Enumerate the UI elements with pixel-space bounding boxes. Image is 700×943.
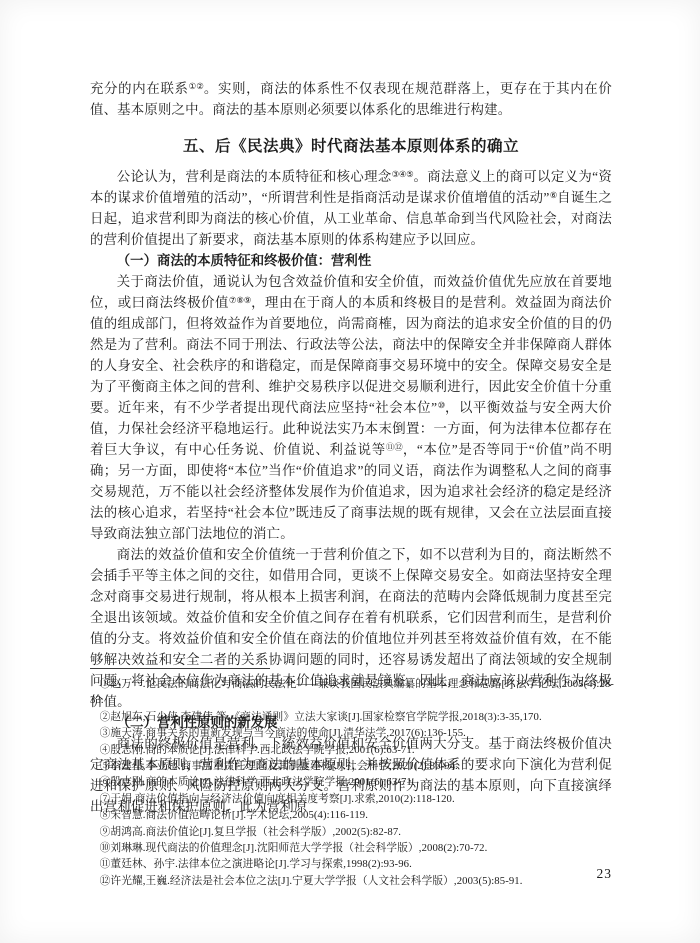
subsection-heading-1: （一）商法的本质特征和终极价值：营利性 xyxy=(90,250,612,271)
page-number: 23 xyxy=(597,866,613,882)
footnote-item: ⑩刘琳琳.现代商法的价值理念[J].沈阳师范大学学报（社会科学版）,2008(2… xyxy=(90,840,614,856)
footnote-item: ⑫许光耀,王巍.经济法是社会本位之法[J].宁夏大学学报（人文社会科学版）,20… xyxy=(90,873,614,889)
footnote-list: ①赵万一.论民法的商法化与商法的民法化——兼谈我国民法典编纂的基本理念和思路[J… xyxy=(90,676,614,889)
footnote-item: ⑪董廷林、孙宇.法律本位之演进略论[J].学习与探索,1998(2):93-96… xyxy=(90,856,614,872)
footnote-item: ④殷志刚.商的本质论[J].法律科学.西北政法学院学报,2001(6):63-7… xyxy=(90,742,614,758)
paragraph-continuation: 充分的内在联系①②。实则，商法的体系性不仅表现在规范群落上，更存在于其内在价值、… xyxy=(90,78,612,120)
footnote-item: ⑦于娟.商法价值指向与经济法价值向度相关度考察[J].求索,2010(2):11… xyxy=(90,791,614,807)
footnote-item: ③施天涛.商事关系的重新发现与当今商法的使命[J].清华法学,2017(6):1… xyxy=(90,725,614,741)
document-page: 充分的内在联系①②。实则，商法的体系性不仅表现在规范群落上，更存在于其内在价值、… xyxy=(0,0,700,943)
section-heading: 五、后《民法典》时代商法基本原则体系的确立 xyxy=(90,134,612,156)
footnote-divider xyxy=(90,668,270,669)
footnotes-section: ①赵万一.论民法的商法化与商法的民法化——兼谈我国民法典编纂的基本理念和思路[J… xyxy=(90,668,614,889)
footnote-item: ⑥殷志刚.商的本质论[J].法律科学.西北政法学院学报,2001(6):63-7… xyxy=(90,774,614,790)
footnote-item: ⑧宋智慧.商法价值范畴论析[J].学术论坛,2005(4):116-119. xyxy=(90,807,614,823)
footnote-item: ①赵万一.论民法的商法化与商法的民法化——兼谈我国民法典编纂的基本理念和思路[J… xyxy=(90,676,614,709)
paragraph-intro: 公论认为，营利是商法的本质特征和核心理念③④⑤。商法意义上的商可以定义为“资本的… xyxy=(90,166,612,250)
footnote-item: ⑨胡鸿高.商法价值论[J].复旦学报（社会科学版）,2002(5):82-87. xyxy=(90,824,614,840)
paragraph-values-discussion: 关于商法价值，通说认为包含效益价值和安全价值，而效益价值优先应放在首要地位，或曰… xyxy=(90,271,612,544)
footnote-item: ②赵旭东,石少侠,李建伟,等.《商法通则》立法大家谈[J].国家检察官学院学报,… xyxy=(90,709,614,725)
footnote-item: ⑤李建伟,李亚超.商事加重责任理念及其制度建构[J].社会科学,2021(2):… xyxy=(90,758,614,774)
